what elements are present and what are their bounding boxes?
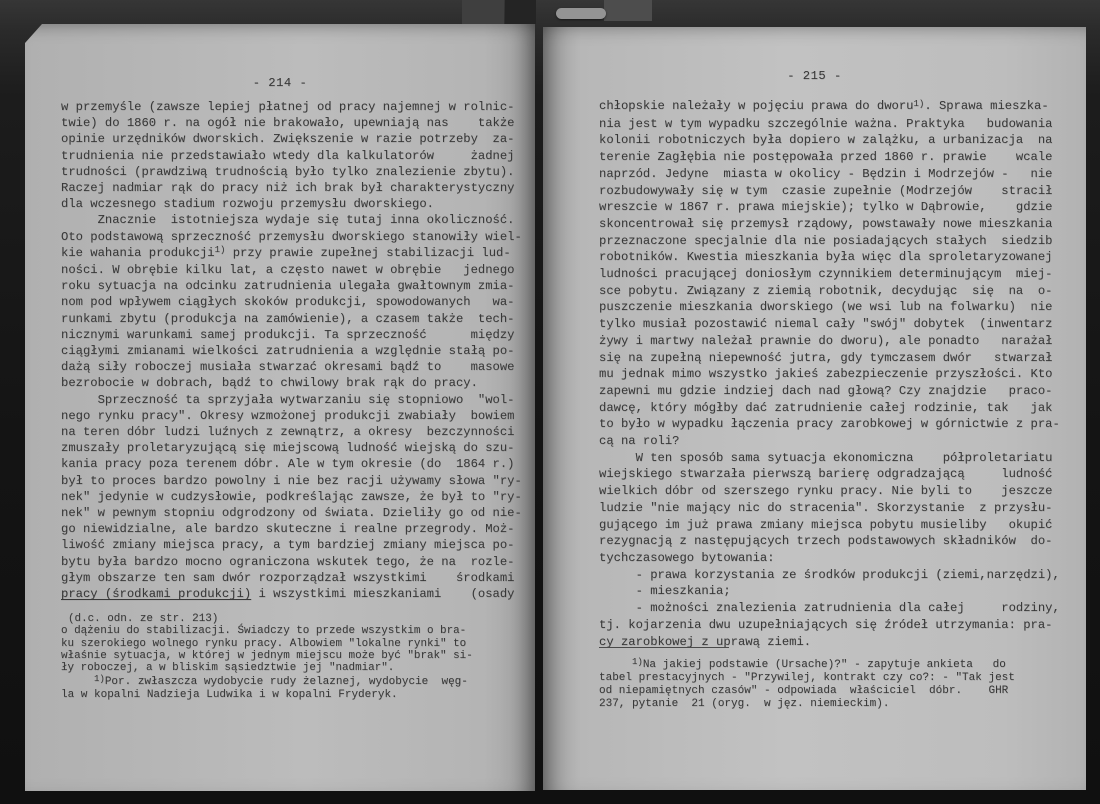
text-line: kie wahania produkcji1) przy prawie zupe… — [61, 245, 522, 262]
text-line: twie) do 1860 r. na ogół nie brakowało, … — [61, 115, 522, 131]
text-line: dawcę, który mógłby dać zatrudnienie cał… — [599, 400, 1060, 417]
text-line: Raczej nadmiar rąk do pracy niż ich brak… — [61, 180, 522, 196]
text-line: ły roboczej, a w bliskim sąsiedztwie jej… — [61, 662, 473, 674]
text-line: opinie urzędników dworskich. Zwiększenie… — [61, 131, 522, 147]
text-line: - możności znalezienia zatrudnienia dla … — [599, 600, 1060, 617]
text-line: nom pod wpływem ciągłych skoków produkcj… — [61, 294, 522, 310]
text-line: bytu była bardzo mocno ograniczona wskut… — [61, 554, 522, 570]
footnote-marker: 1) — [94, 674, 105, 684]
text-line: dażą siły roboczej musiała stwarzać okre… — [61, 359, 522, 375]
binding-tab-icon — [556, 8, 606, 19]
text-line: cą na roli? — [599, 433, 1060, 450]
page-right-body-text: chłopskie należały w pojęciu prawa do dw… — [599, 98, 1060, 650]
page-right: - 215 - chłopskie należały w pojęciu pra… — [543, 27, 1086, 790]
text-line: terenie Zagłębia nie postępowała przed 1… — [599, 149, 1060, 166]
text-line: trudnienia nie przedstawiało wtedy dla k… — [61, 148, 522, 164]
text-line: na teren dóbr ludzi luźnych z zewnątrz, … — [61, 424, 522, 440]
book-scan: - 214 - w przemyśle (zawsze lepiej płatn… — [0, 0, 1100, 804]
text-line: bezrobocie w dobrach, bądź to chwilowy b… — [61, 375, 522, 391]
text-line: tj. kojarzenia dwu uzupełniających się ź… — [599, 617, 1060, 634]
text-line: naprzód. Jedyne miasta w okolicy - Będzi… — [599, 166, 1060, 183]
text-line: nicznymi warunkami samej produkcji. Ta s… — [61, 327, 522, 343]
footnote-marker: 1) — [632, 657, 643, 667]
text-line: ludzie "nie mający nic do stracenia". Sk… — [599, 500, 1060, 517]
text-line: nia jest w tym wypadku szczególnie ważna… — [599, 116, 1060, 133]
text-line: to było w wypadku łączenia pracy zarobko… — [599, 416, 1060, 433]
footnote-marker: 1) — [215, 245, 226, 255]
text-line: wiejskiego stwarzała pierwszą barierę od… — [599, 466, 1060, 483]
text-line: 1)Na jakiej podstawie (Ursache)?" - zapy… — [599, 659, 1015, 672]
text-line: wreszcie w 1867 r. prawa miejskie); tylk… — [599, 199, 1060, 216]
text-line: ku szerokiego wolnego rynku pracy. Albow… — [61, 638, 473, 650]
text-line: chłopskie należały w pojęciu prawa do dw… — [599, 98, 1060, 116]
text-line: tychczasowego bytowania: — [599, 550, 1060, 567]
text-line: skoncentrował się przemysł rządowy, pows… — [599, 216, 1060, 233]
text-line: runkami zbytu (produkcja na zamówienie),… — [61, 311, 522, 327]
text-line: przeznaczone specjalnie dla nie posiadaj… — [599, 233, 1060, 250]
text-line: nek" jedynie w cudzysłowie, podkreślając… — [61, 489, 522, 505]
text-line: trudności (prawdziwą trudnością było tyl… — [61, 164, 522, 180]
text-line: dla wczesnego stadium rozwoju przemysłu … — [61, 196, 522, 212]
text-line: Znacznie istotniejsza wydaje się tutaj i… — [61, 212, 522, 228]
text-line: roku sytuacja na odcinku zatrudnienia ul… — [61, 278, 522, 294]
text-line: kolonii robotniczych była dopiero w zalą… — [599, 132, 1060, 149]
binding-block — [604, 0, 652, 21]
binding-shadow — [505, 0, 536, 24]
text-line: Sprzeczność ta sprzyjała wytwarzaniu się… — [61, 392, 522, 408]
text-line: ciągłymi zmianami wielkości zatrudnienia… — [61, 343, 522, 359]
text-line: żywy i martwy należał prawnie do dworu),… — [599, 333, 1060, 350]
footnote-right: 1)Na jakiej podstawie (Ursache)?" - zapy… — [599, 659, 1015, 711]
footnote-marker: 1) — [914, 99, 925, 109]
text-line: rezygnacją z następujących trzech podsta… — [599, 533, 1060, 550]
text-line: ności. W obrębie kilku lat, a często naw… — [61, 262, 522, 278]
text-line: w przemyśle (zawsze lepiej płatnej od pr… — [61, 99, 522, 115]
text-line: la w kopalni Nadzieja Ludwika i w kopaln… — [61, 689, 468, 702]
text-line: pracy (środkami produkcji) i wszystkimi … — [61, 586, 522, 602]
text-line: kania pracy poza terenem dóbr. Ale w tym… — [61, 456, 522, 472]
underlined-text: pracy (środkami produkcji) — [61, 587, 251, 601]
text-line: mu jednak mimo wszystko jakieś zabezpiec… — [599, 366, 1060, 383]
text-line: nego rynku pracy". Okresy wzmożonej prod… — [61, 408, 522, 424]
text-line: 1)Por. zwłaszcza wydobycie rudy żelaznej… — [61, 676, 468, 689]
text-line: Oto podstawową sprzeczność przemysłu dwo… — [61, 229, 522, 245]
text-line: ludności pracującej doniosłym czynnikiem… — [599, 266, 1060, 283]
text-line: sce pobytu. Związany z ziemią robotnik, … — [599, 283, 1060, 300]
page-left: - 214 - w przemyśle (zawsze lepiej płatn… — [25, 24, 535, 791]
text-line: tabel prestacyjnych - "Przywilej, kontra… — [599, 672, 1015, 685]
text-line: się na zupełną niepewność jutra, gdy tym… — [599, 350, 1060, 367]
footnote-separator — [599, 647, 729, 648]
text-line: - mieszkania; — [599, 583, 1060, 600]
text-line: o dążeniu do stabilizacji. Świadczy to p… — [61, 625, 473, 637]
text-line: - prawa korzystania ze środków produkcji… — [599, 567, 1060, 584]
text-line: zmuszały proletaryzującą się miejscową l… — [61, 440, 522, 456]
text-line: nek" w pewnym stopniu odgrodzony od świa… — [61, 505, 522, 521]
footnote-continuation-label: (d.c. odn. ze str. 213) — [68, 613, 473, 625]
text-line: liwość zmiany miejsca pracy, a tym bardz… — [61, 537, 522, 553]
text-line: rozbudowywały się w tym czasie zupełnie … — [599, 183, 1060, 200]
text-line: gującego im już prawa zmiany miejsca pob… — [599, 517, 1060, 534]
text-line: tylko musiał pozostawić niemal cały "swó… — [599, 316, 1060, 333]
page-number-right: - 215 - — [543, 69, 1086, 83]
footnote-left: 1)Por. zwłaszcza wydobycie rudy żelaznej… — [61, 676, 468, 702]
binding-tape-icon — [462, 0, 504, 26]
footnote-continuation-block: (d.c. odn. ze str. 213) o dążeniu do sta… — [61, 613, 473, 674]
text-line: robotników. Kwestia mieszkania była więc… — [599, 249, 1060, 266]
text-line: 237, pytanie 21 (oryg. w jęz. niemieckim… — [599, 698, 1015, 711]
text-line: zapewni mu gdzie indziej dach nad głową?… — [599, 383, 1060, 400]
text-line: od niepamiętnych czasów" - odpowiada wła… — [599, 685, 1015, 698]
text-line: W ten sposób sama sytuacja ekonomiczna p… — [599, 450, 1060, 467]
text-line: go niewidzialne, ale bardzo skuteczne i … — [61, 521, 522, 537]
footnote-continuation-text: o dążeniu do stabilizacji. Świadczy to p… — [61, 625, 473, 674]
text-line: właśnie sytuacja, w której w jednym miej… — [61, 650, 473, 662]
text-line: był to proces bardzo powolny i nie bez r… — [61, 473, 522, 489]
page-number-left: - 214 - — [25, 76, 535, 90]
page-left-body-text: w przemyśle (zawsze lepiej płatnej od pr… — [61, 99, 522, 602]
text-line: wielkich dóbr od szerszego rynku pracy. … — [599, 483, 1060, 500]
text-line: puszczenie mieszkania dworskiego (we wsi… — [599, 299, 1060, 316]
text-line: głym obszarze ten sam dwór rozporządzał … — [61, 570, 522, 586]
